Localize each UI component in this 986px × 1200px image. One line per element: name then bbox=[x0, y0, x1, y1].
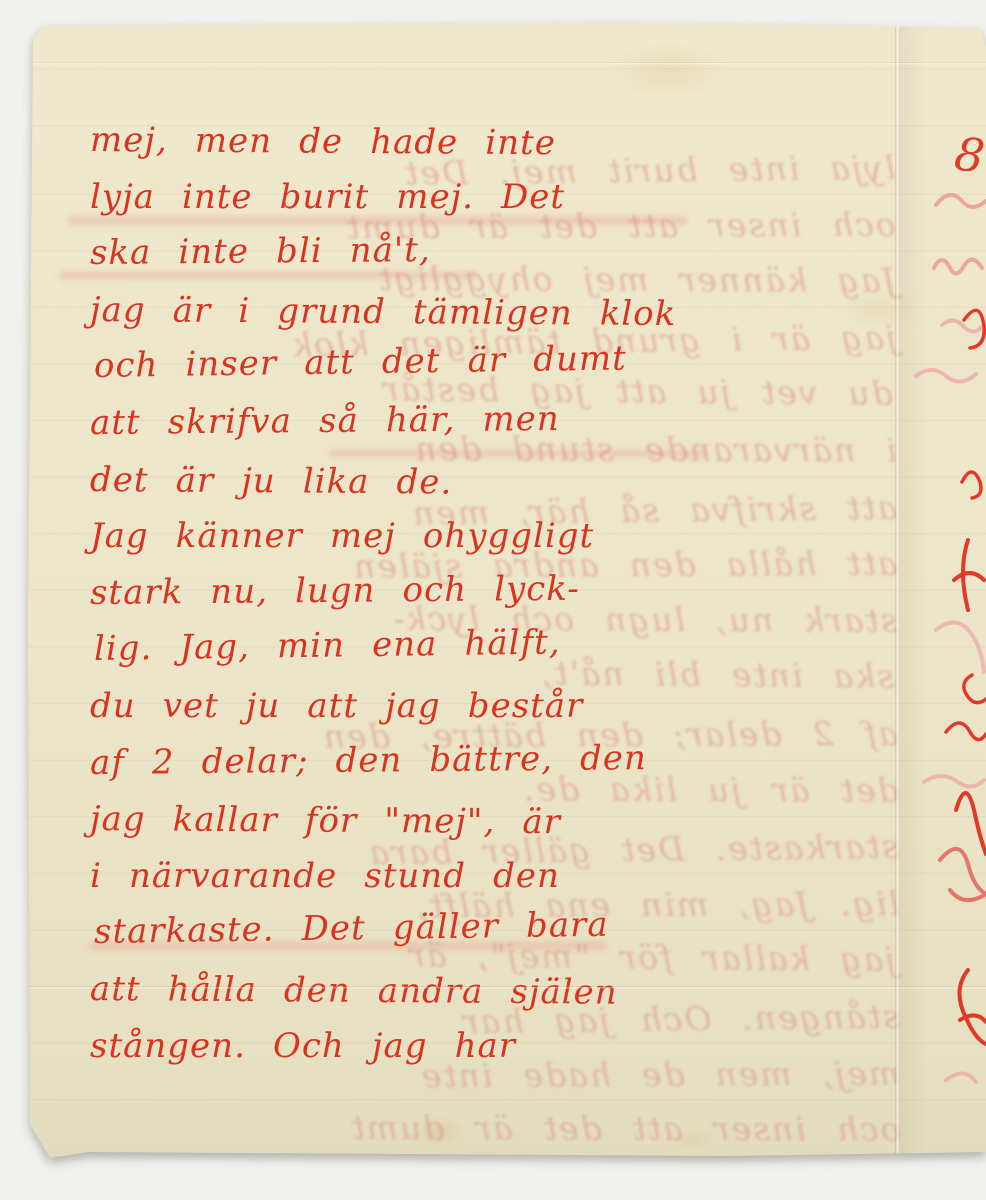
handwritten-line: mej, men de hade inte bbox=[90, 112, 900, 174]
handwritten-line: jag kallar för "mej", är bbox=[90, 791, 900, 853]
handwritten-line: lig. Jag, min ena hälft, bbox=[94, 610, 905, 678]
handwritten-line: det är ju lika de. bbox=[90, 452, 900, 514]
letter-sheet: lyja inte burit mej. Det och inser att d… bbox=[28, 20, 986, 1164]
adjacent-page-ink-fragments bbox=[876, 20, 986, 1164]
bleed-line: och inser att det är dumt bbox=[70, 1099, 900, 1158]
paper-surface: lyja inte burit mej. Det och inser att d… bbox=[28, 20, 986, 1164]
horizontal-crease-top bbox=[28, 62, 986, 66]
handwritten-text: mej, men de hade inte lyja inte burit me… bbox=[90, 112, 900, 1074]
handwritten-line: att hålla den andra själen bbox=[90, 961, 900, 1023]
handwritten-line: lyja inte burit mej. Det bbox=[90, 169, 900, 226]
handwritten-line: stången. Och jag har bbox=[90, 1018, 900, 1075]
handwritten-line: ska inte bli nå't, bbox=[90, 218, 900, 282]
scanned-letter: lyja inte burit mej. Det och inser att d… bbox=[0, 0, 986, 1200]
handwritten-line: och inser att det är dumt bbox=[94, 327, 905, 395]
handwritten-line: du vet ju att jag består bbox=[90, 678, 900, 735]
handwritten-line: att skrifva så här, men bbox=[90, 388, 900, 452]
handwritten-line: starkaste. Det gäller bara bbox=[94, 893, 905, 961]
handwritten-line: Jag känner mej ohyggligt bbox=[90, 508, 900, 565]
horizontal-crease-bottom bbox=[28, 986, 986, 990]
handwritten-line: af 2 delar; den bättre, den bbox=[90, 727, 900, 791]
